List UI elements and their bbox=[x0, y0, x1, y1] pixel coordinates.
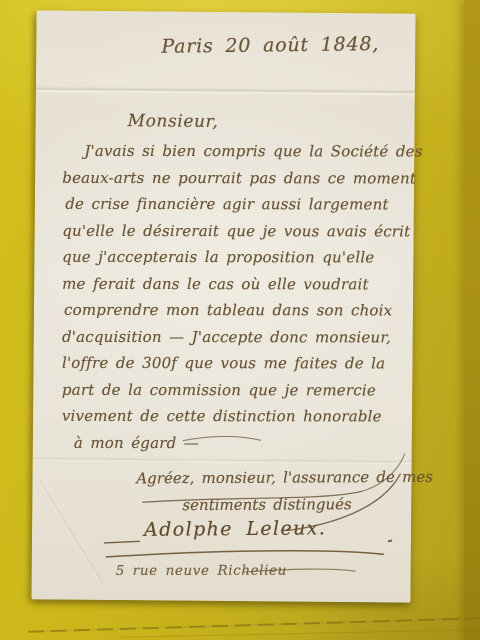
body-line: me ferait dans le cas où elle voudrait bbox=[62, 270, 407, 297]
body-line: d'acquisition — J'accepte donc monsieur, bbox=[62, 323, 407, 350]
fold-crease-top bbox=[36, 86, 415, 95]
fold-crease-diagonal bbox=[38, 480, 103, 584]
closing-line: sentiments distingués bbox=[182, 491, 433, 519]
body-line: qu'elle le désirerait que je vous avais … bbox=[62, 217, 407, 244]
letter-photograph: Paris 20 août 1848, Monsieur, J'avais si… bbox=[0, 0, 480, 640]
dateline: Paris 20 août 1848, bbox=[136, 33, 404, 58]
closing-line: Agréez, monsieur, l'assurance de mes bbox=[136, 464, 433, 493]
salutation: Monsieur, bbox=[128, 111, 219, 132]
body-line: l'offre de 300f que vous me faites de la bbox=[62, 350, 407, 377]
letter-paper: Paris 20 août 1848, Monsieur, J'avais si… bbox=[31, 10, 415, 602]
letter-body: J'avais si bien compris que la Société d… bbox=[62, 138, 408, 457]
body-line: part de la commission que je remercie bbox=[62, 376, 407, 403]
body-line: à mon égard — bbox=[74, 429, 407, 456]
background-scratch-line-faint bbox=[120, 629, 480, 638]
body-line: J'avais si bien compris que la Société d… bbox=[84, 138, 407, 165]
signature: Adolphe Leleux. bbox=[144, 517, 326, 541]
body-line: que j'accepterais la proposition qu'elle bbox=[62, 244, 407, 271]
body-line: vivement de cette distinction honorable bbox=[62, 403, 407, 430]
body-line: de crise financière agir aussi largement bbox=[65, 191, 407, 218]
background-edge-strip bbox=[464, 0, 480, 640]
address-line: 5 rue neuve Richelieu bbox=[116, 563, 287, 579]
body-line: beaux-arts ne pourrait pas dans ce momen… bbox=[62, 164, 407, 191]
body-line: comprendre mon tableau dans son choix bbox=[64, 297, 407, 324]
closing: Agréez, monsieur, l'assurance de mes sen… bbox=[136, 464, 433, 520]
